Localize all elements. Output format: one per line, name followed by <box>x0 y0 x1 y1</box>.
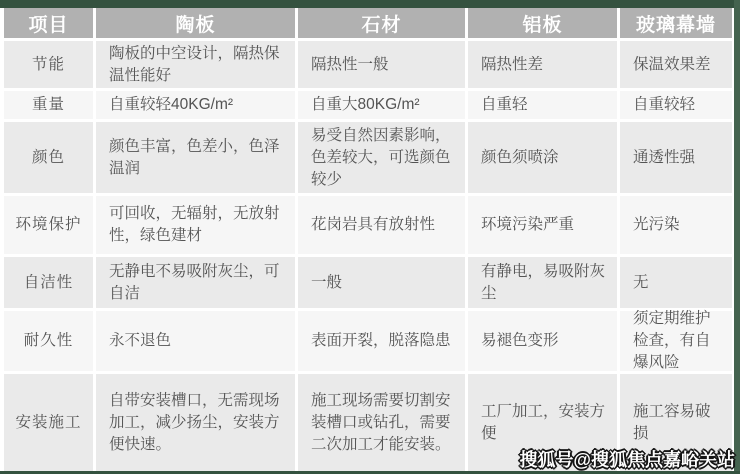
table-cell: 花岗岩具有放射性 <box>298 196 465 254</box>
column-header-aluminum-panel: 铝板 <box>468 8 617 38</box>
table-cell: 颜色须喷涂 <box>468 122 617 193</box>
table-cell: 可回收，无辐射，无放射性，绿色建材 <box>96 196 295 254</box>
table-cell: 须定期维护检查，有自爆风险 <box>620 311 732 371</box>
material-comparison-table: 项目 陶板 石材 铝板 玻璃幕墙 节能 陶板的中空设计，隔热保温性能好 隔热性一… <box>4 8 728 471</box>
table-cell: 自带安装槽口，无需现场加工，减少扬尘，安装方便快速。 <box>96 374 295 471</box>
row-label-durability: 耐久性 <box>4 311 93 371</box>
column-header-item: 项目 <box>4 8 93 38</box>
column-header-terracotta-panel: 陶板 <box>96 8 295 38</box>
row-label-self-cleaning: 自洁性 <box>4 257 93 308</box>
table-cell: 施工现场需要切割安装槽口或钻孔，需要二次加工才能安装。 <box>298 374 465 471</box>
table-cell: 自重较轻 <box>620 91 732 119</box>
top-green-border <box>0 0 740 8</box>
row-label-weight: 重量 <box>4 91 93 119</box>
column-header-stone: 石材 <box>298 8 465 38</box>
table-cell: 表面开裂，脱落隐患 <box>298 311 465 371</box>
row-label-environmental-protection: 环境保护 <box>4 196 93 254</box>
row-label-energy-saving: 节能 <box>4 41 93 88</box>
table-cell: 有静电，易吸附灰尘 <box>468 257 617 308</box>
table-cell: 一般 <box>298 257 465 308</box>
sohu-watermark: 搜狐号@搜狐焦点嘉峪关站 <box>519 446 735 472</box>
column-header-glass-curtain-wall: 玻璃幕墙 <box>620 8 732 38</box>
row-label-color: 颜色 <box>4 122 93 193</box>
table-cell: 无静电不易吸附灰尘，可自洁 <box>96 257 295 308</box>
table-cell: 易褪色变形 <box>468 311 617 371</box>
table-cell: 光污染 <box>620 196 732 254</box>
table-cell: 保温效果差 <box>620 41 732 88</box>
row-label-installation: 安装施工 <box>4 374 93 471</box>
table-cell: 自重较轻40KG/m² <box>96 91 295 119</box>
table-cell: 永不退色 <box>96 311 295 371</box>
table-cell: 环境污染严重 <box>468 196 617 254</box>
table-cell: 隔热性差 <box>468 41 617 88</box>
table-cell: 通透性强 <box>620 122 732 193</box>
table-cell: 自重轻 <box>468 91 617 119</box>
table-cell: 隔热性一般 <box>298 41 465 88</box>
table-cell: 易受自然因素影响，色差较大，可选颜色较少 <box>298 122 465 193</box>
right-green-border <box>734 0 740 474</box>
table-cell: 陶板的中空设计，隔热保温性能好 <box>96 41 295 88</box>
table-cell: 无 <box>620 257 732 308</box>
table-cell: 自重大80KG/m² <box>298 91 465 119</box>
table-cell: 颜色丰富，色差小，色泽温润 <box>96 122 295 193</box>
